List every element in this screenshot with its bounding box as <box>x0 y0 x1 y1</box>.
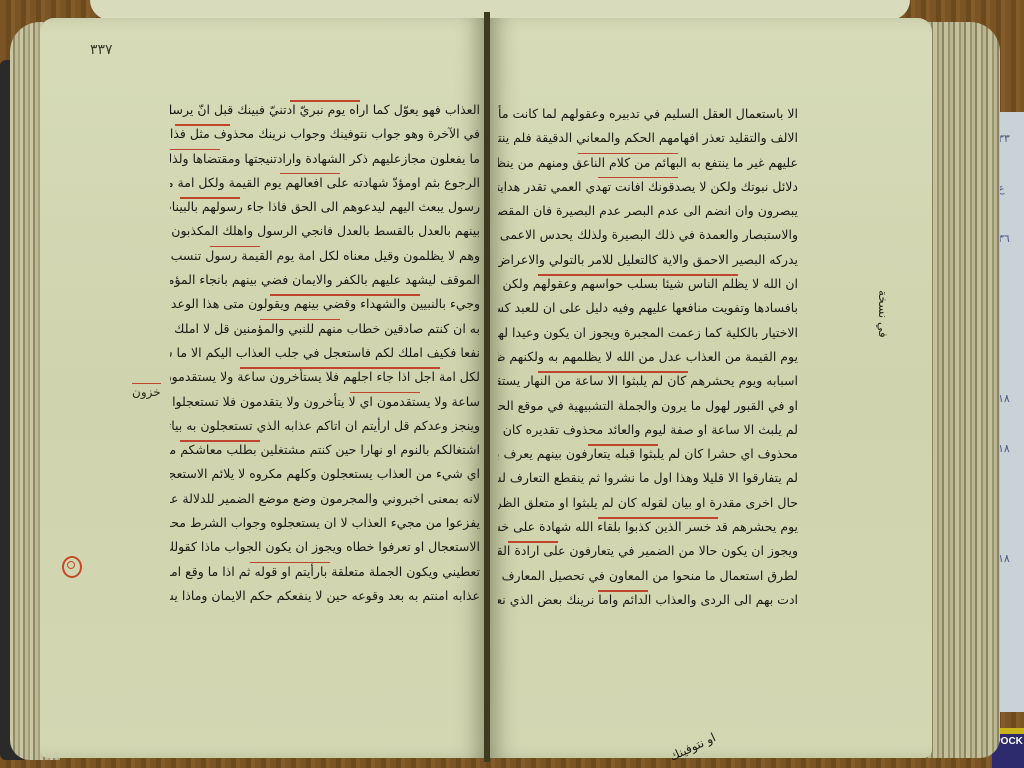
text-line: يوم يحشرهم قد خسر الذين كذبوا بلقاء الله… <box>498 515 798 539</box>
rubric-overline <box>598 517 718 519</box>
rubric-overline <box>270 294 420 296</box>
text-line: بينهم بالعدل بالقسط بالعدل فانجي الرسول … <box>170 219 480 243</box>
text-line: لانه بمعنى اخبروني والمجرمون وضع موضع ال… <box>170 487 480 511</box>
text-line: او في القبور لهول ما يرون والجملة التشبي… <box>498 394 798 418</box>
text-line: والاستبصار والعمدة في ذلك البصيرة ولذلك … <box>498 223 798 247</box>
book-gutter <box>484 12 490 762</box>
red-seal-icon <box>62 556 82 578</box>
text-line: العذاب فهو يعوّل كما اراه يوم نبريّ ادتن… <box>170 98 480 122</box>
rubric-overline <box>175 124 230 126</box>
text-line: وينجز وعدكم قل ارأيتم ان اتاكم عذابه الذ… <box>170 414 480 438</box>
text-line: يدركه البصير الاحمق والاية كالتعليل للام… <box>498 248 798 272</box>
text-line: ان الله لا يظلم الناس شيئا بسلب حواسهم و… <box>498 272 798 296</box>
text-line: يبصرون وان انضم الى عدم البصر عدم البصير… <box>498 199 798 223</box>
rubric-overline <box>588 444 658 446</box>
text-line: حال اخرى مقدرة او بيان لقوله كان لم يلبث… <box>498 491 798 515</box>
rubric-overline <box>250 562 330 564</box>
rubric-overline <box>538 274 738 276</box>
text-line: الالف والتقليد تعذر افهامهم الحكم والمعا… <box>498 126 798 150</box>
text-line: وهم لا يظلمون وقيل معناه لكل امة يوم الق… <box>170 244 480 268</box>
text-line: الموقف ليشهد عليهم بالكفر والايمان فضي ب… <box>170 268 480 292</box>
rubric-overline <box>350 392 420 394</box>
text-line: نفعا فكيف املك لكم فاستعجل في جلب العذاب… <box>170 341 480 365</box>
text-line: اشتغالكم بالنوم او نهارا حين كنتم مشتغلي… <box>170 438 480 462</box>
text-line: ادت بهم الى الردى والعذاب الدائم واما نر… <box>498 588 798 612</box>
text-line: بافسادها وتفويت منافعها عليهم وفيه دليل … <box>498 296 798 320</box>
text-line: لطرق استعمال ما منحوا من المعاون في تحصي… <box>498 564 798 588</box>
rubric-overline <box>598 590 648 592</box>
page-top-curve <box>90 0 910 20</box>
text-line: الا باستعمال العقل السليم في تدبيره وعقو… <box>498 102 798 126</box>
text-line: اي شيء من العذاب يستعجلون وكلهم مكروه لا… <box>170 462 480 486</box>
rubric-overline <box>508 541 558 543</box>
text-line: ساعة ولا يستقدمون اي لا يتأخرون ولا يتقد… <box>170 390 480 414</box>
folio-number: ٣٣٧ <box>90 42 113 58</box>
rubric-overline <box>180 197 240 199</box>
text-line: رسول يبعث اليهم ليدعوهم الى الحق فاذا جا… <box>170 195 480 219</box>
rubric-overline <box>210 246 260 248</box>
text-line: اسبابه ويوم يحشرهم كان لم يلبثوا الا ساع… <box>498 369 798 393</box>
text-line: دلائل نبوتك ولكن لا يصدقونك افانت تهدي ا… <box>498 175 798 199</box>
rubric-overline <box>240 367 440 369</box>
text-line: لكل امة اجل اذا جاء اجلهم فلا يستأخرون س… <box>170 365 480 389</box>
text-line: الاستعجال او تعرفوا خطاه ويجوز ان يكون ا… <box>170 535 480 559</box>
page-edges-right <box>928 22 1000 758</box>
text-line: يفزعوا من مجيء العذاب لا ان يستعجلوه وجو… <box>170 511 480 535</box>
rubric-overline <box>598 177 678 179</box>
text-line: الاختيار بالكلية كما زعمت المجبرة ويجوز … <box>498 321 798 345</box>
rubric-overline <box>260 319 340 321</box>
text-line: تعطيني ويكون الجملة متعلقة بارأيتم او قو… <box>170 560 480 584</box>
rubric-overline <box>280 173 340 175</box>
left-margin-note: خزون <box>132 383 161 399</box>
right-page-text: الا باستعمال العقل السليم في تدبيره وعقو… <box>498 102 798 642</box>
text-line: ما يفعلون مجازعليهم ذكر الشهادة وارادتني… <box>170 147 480 171</box>
text-line: محذوف اي حشرا كان لم يلبثوا قبله يتعارفو… <box>498 442 798 466</box>
rubric-overline <box>290 100 360 102</box>
right-margin-note: في نسخة <box>876 290 890 338</box>
text-line: عليهم غير ما ينتفع به البهائم من كلام ال… <box>498 151 798 175</box>
rubric-overline <box>578 153 678 155</box>
rubric-overline <box>538 371 688 373</box>
text-line: وجيء بالنبيين والشهداء وقضي بينهم ويقولو… <box>170 292 480 316</box>
text-line: في الآخرة وهو جواب نتوفينك وجواب نرينك م… <box>170 122 480 146</box>
text-line: الرجوع بثم اومؤدّ شهادته على افعالهم يوم… <box>170 171 480 195</box>
text-line: يوم القيمة من العذاب عدل من الله لا يظلم… <box>498 345 798 369</box>
text-line: به ان كنتم صادقين خطاب منهم للنبي والمؤم… <box>170 317 480 341</box>
text-line: عذابه امنتم به بعد وقوعه حين لا ينفعكم ح… <box>170 584 480 608</box>
rubric-overline <box>170 149 220 151</box>
left-page-text: العذاب فهو يعوّل كما اراه يوم نبريّ ادتن… <box>170 98 480 638</box>
text-line: ويجوز ان يكون حالا من الضمير في يتعارفون… <box>498 539 798 563</box>
text-line: لم يلبث الا ساعة او صفة ليوم والعائد محذ… <box>498 418 798 442</box>
rubric-overline <box>180 440 260 442</box>
text-line: لم يتفارقوا الا قليلا وهذا اول ما نشروا … <box>498 466 798 490</box>
